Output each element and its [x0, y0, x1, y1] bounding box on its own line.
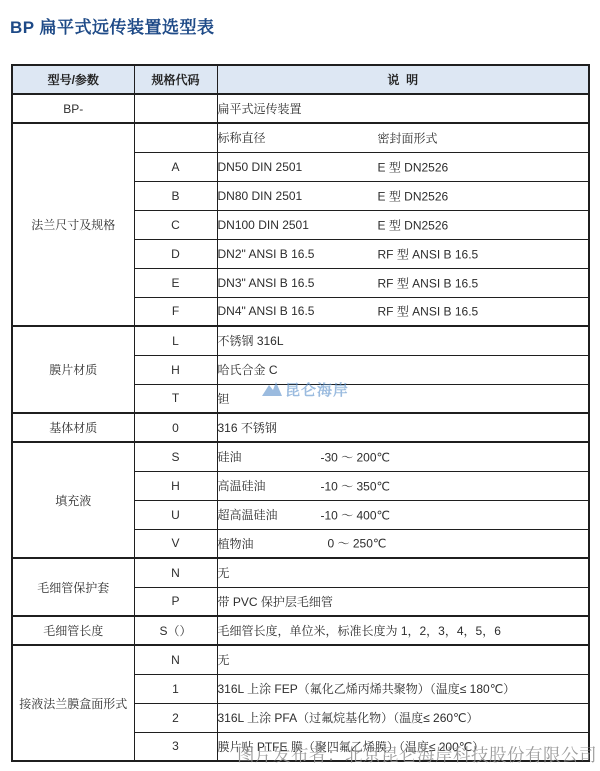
desc-secondary-text: -30 ～ 200℃	[321, 448, 391, 465]
code-cell: E	[134, 268, 217, 297]
code-cell: 2	[134, 703, 217, 732]
table-row: 接液法兰膜盒面形式N无	[12, 645, 589, 674]
desc-secondary-text: E 型 DN2526	[378, 216, 449, 233]
desc-cell: 无	[217, 558, 589, 587]
code-cell: A	[134, 152, 217, 181]
code-cell: D	[134, 239, 217, 268]
group-cell: 填充液	[12, 442, 134, 558]
table-row: 膜片材质L不锈钢 316L	[12, 326, 589, 355]
code-cell: N	[134, 645, 217, 674]
table-row: 毛细管长度S（）毛细管长度，单位米，标准长度为 1，2，3，4，5，6	[12, 616, 589, 645]
selection-table: 型号/参数 规格代码 说 明 BP-扁平式远传装置法兰尺寸及规格标称直径密封面形…	[11, 64, 590, 762]
desc-cell: DN4" ANSI B 16.5RF 型 ANSI B 16.5	[217, 297, 589, 326]
desc-cell: 膜片贴 PTFE 膜（聚四氟乙烯膜）（温度≤ 200℃）	[217, 732, 589, 761]
code-cell: C	[134, 210, 217, 239]
desc-cell: DN3" ANSI B 16.5RF 型 ANSI B 16.5	[217, 268, 589, 297]
code-cell: L	[134, 326, 217, 355]
desc-cell: 316 不锈钢	[217, 413, 589, 442]
code-cell: 3	[134, 732, 217, 761]
code-cell: 0	[134, 413, 217, 442]
desc-cell: DN50 DIN 2501E 型 DN2526	[217, 152, 589, 181]
desc-secondary-text: E 型 DN2526	[378, 158, 449, 175]
code-cell: 1	[134, 674, 217, 703]
desc-cell: 高温硅油-10 ～ 350℃	[217, 471, 589, 500]
desc-secondary-text: RF 型 ANSI B 16.5	[378, 303, 479, 320]
desc-cell: 哈氏合金 C	[217, 355, 589, 384]
desc-cell: 扁平式远传装置	[217, 94, 589, 123]
column-header-description: 说 明	[217, 65, 589, 94]
desc-cell: 316L 上涂 PFA（过氟烷基化物）（温度≤ 260℃）	[217, 703, 589, 732]
table-header-row: 型号/参数 规格代码 说 明	[12, 65, 589, 94]
desc-text: DN50 DIN 2501	[218, 160, 303, 174]
desc-text: 标称直径	[218, 131, 266, 145]
table-row: 毛细管保护套N无	[12, 558, 589, 587]
code-cell: H	[134, 471, 217, 500]
desc-cell: 带 PVC 保护层毛细管	[217, 587, 589, 616]
desc-text: DN80 DIN 2501	[218, 189, 303, 203]
desc-secondary-text: -10 ～ 400℃	[321, 506, 391, 523]
desc-secondary-text: RF 型 ANSI B 16.5	[378, 274, 479, 291]
group-cell: 毛细管长度	[12, 616, 134, 645]
desc-text: 无	[218, 653, 230, 667]
code-cell: H	[134, 355, 217, 384]
desc-text: 无	[218, 566, 230, 580]
desc-cell: 植物油0 ～ 250℃	[217, 529, 589, 558]
code-cell	[134, 94, 217, 123]
desc-text: DN100 DIN 2501	[218, 218, 309, 232]
desc-cell: 毛细管长度，单位米，标准长度为 1，2，3，4，5，6	[217, 616, 589, 645]
group-cell: 膜片材质	[12, 326, 134, 413]
code-cell: U	[134, 500, 217, 529]
desc-text: 膜片贴 PTFE 膜（聚四氟乙烯膜）（温度≤ 200℃）	[218, 740, 485, 754]
desc-text: 哈氏合金 C	[218, 363, 278, 377]
column-header-code: 规格代码	[134, 65, 217, 94]
desc-cell: 不锈钢 316L	[217, 326, 589, 355]
table-row: 法兰尺寸及规格标称直径密封面形式	[12, 123, 589, 152]
desc-secondary-text: RF 型 ANSI B 16.5	[378, 245, 479, 262]
code-cell	[134, 123, 217, 152]
table-row: BP-扁平式远传装置	[12, 94, 589, 123]
group-cell: 毛细管保护套	[12, 558, 134, 616]
desc-text: 高温硅油	[218, 479, 266, 493]
code-cell: V	[134, 529, 217, 558]
code-cell: F	[134, 297, 217, 326]
desc-text: 毛细管长度，单位米，标准长度为 1，2，3，4，5，6	[218, 624, 501, 638]
desc-secondary-text: 密封面形式	[378, 129, 438, 146]
table-row: 基体材质0316 不锈钢	[12, 413, 589, 442]
desc-text: DN3" ANSI B 16.5	[218, 276, 315, 290]
group-cell: 法兰尺寸及规格	[12, 123, 134, 326]
desc-text: DN2" ANSI B 16.5	[218, 247, 315, 261]
desc-secondary-text: -10 ～ 350℃	[321, 477, 391, 494]
desc-text: 不锈钢 316L	[218, 334, 284, 348]
group-cell: 基体材质	[12, 413, 134, 442]
desc-text: 钽	[218, 392, 230, 406]
desc-text: 316L 上涂 FEP（氟化乙烯丙烯共聚物）（温度≤ 180℃）	[218, 682, 516, 696]
desc-cell: 超高温硅油-10 ～ 400℃	[217, 500, 589, 529]
desc-text: 316 不锈钢	[218, 421, 277, 435]
desc-cell: 标称直径密封面形式	[217, 123, 589, 152]
code-cell: N	[134, 558, 217, 587]
desc-text: 316L 上涂 PFA（过氟烷基化物）（温度≤ 260℃）	[218, 711, 479, 725]
desc-cell: DN80 DIN 2501E 型 DN2526	[217, 181, 589, 210]
code-cell: B	[134, 181, 217, 210]
desc-cell: DN100 DIN 2501E 型 DN2526	[217, 210, 589, 239]
desc-text: 带 PVC 保护层毛细管	[218, 595, 333, 609]
column-header-model: 型号/参数	[12, 65, 134, 94]
code-cell: S	[134, 442, 217, 471]
code-cell: P	[134, 587, 217, 616]
page-title: BP 扁平式远传装置选型表	[10, 13, 215, 38]
desc-cell: 钽	[217, 384, 589, 413]
desc-cell: 硅油-30 ～ 200℃	[217, 442, 589, 471]
desc-cell: 无	[217, 645, 589, 674]
desc-text: 硅油	[218, 450, 242, 464]
code-cell: T	[134, 384, 217, 413]
desc-text: 超高温硅油	[218, 508, 278, 522]
desc-cell: 316L 上涂 FEP（氟化乙烯丙烯共聚物）（温度≤ 180℃）	[217, 674, 589, 703]
group-cell: BP-	[12, 94, 134, 123]
desc-cell: DN2" ANSI B 16.5RF 型 ANSI B 16.5	[217, 239, 589, 268]
table-row: 填充液S硅油-30 ～ 200℃	[12, 442, 589, 471]
desc-secondary-text: 0 ～ 250℃	[328, 535, 387, 552]
code-cell: S（）	[134, 616, 217, 645]
desc-secondary-text: E 型 DN2526	[378, 187, 449, 204]
group-cell: 接液法兰膜盒面形式	[12, 645, 134, 761]
desc-text: 扁平式远传装置	[218, 102, 302, 116]
desc-text: DN4" ANSI B 16.5	[218, 304, 315, 318]
desc-text: 植物油	[218, 537, 254, 551]
